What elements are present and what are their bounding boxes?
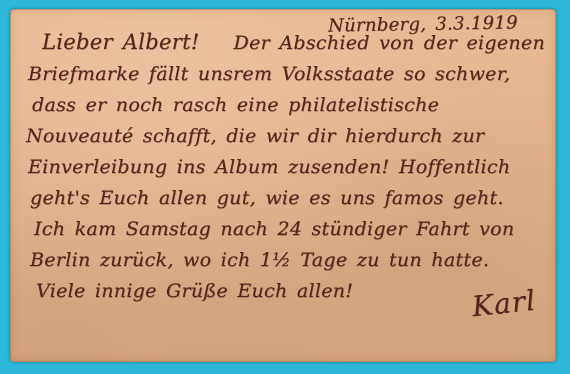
salutation: Lieber Albert! [42,27,200,58]
text-line: geht's Euch allen gut, wie es uns famos … [30,183,548,214]
text-line: Der Abschied von der eigenen [234,32,545,54]
text-line: Ich kam Samstag nach 24 stündiger Fahrt … [34,214,548,245]
scan-background: Nürnberg, 3.3.1919 Lieber Albert!Der Abs… [0,0,570,374]
text-line: Briefmarke fällt unsrem Volksstaate so s… [28,59,548,90]
signature: Karl [470,284,537,324]
text-line: Einverleibung ins Album zusenden! Hoffen… [28,152,548,183]
text-line: dass er noch rasch eine philatelistische [32,90,548,121]
message-body: Lieber Albert!Der Abschied von der eigen… [26,27,548,307]
text-line: Lieber Albert!Der Abschied von der eigen… [26,27,548,59]
text-line: Nouveauté schafft, die wir dir hierdurch… [26,121,548,152]
text-line: Berlin zurück, wo ich 1½ Tage zu tun hat… [30,245,548,276]
postcard: Nürnberg, 3.3.1919 Lieber Albert!Der Abs… [10,9,556,362]
